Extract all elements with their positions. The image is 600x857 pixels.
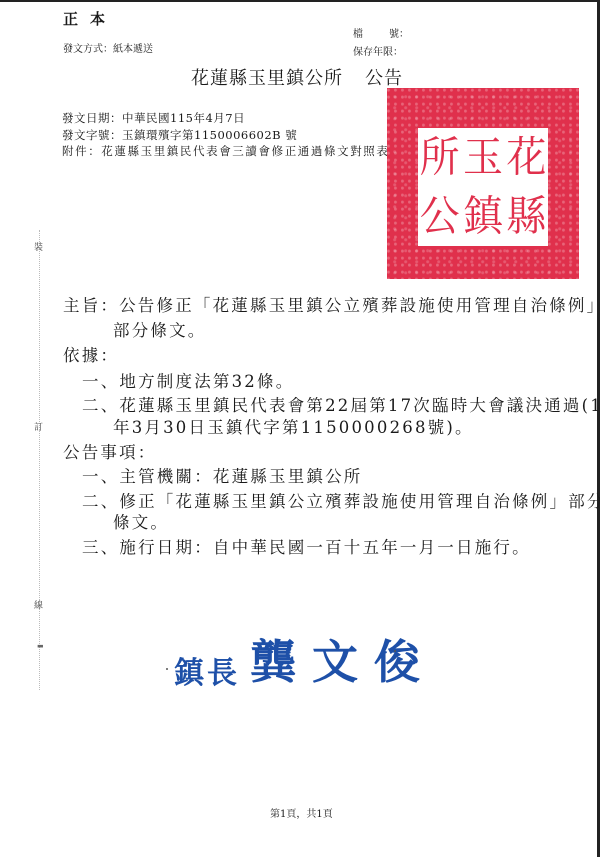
signature-name: 龔文俊 — [250, 635, 436, 689]
scan-speck — [166, 668, 168, 670]
archive-number-label: 檔號： — [353, 25, 409, 40]
reference-number: 發文字號：玉鎮環殯字第1150006602B 號 — [62, 127, 297, 143]
seal-char: 縣 — [506, 196, 546, 238]
binding-mark-top: 裝 — [34, 240, 43, 253]
seal-char: 玉 — [463, 137, 503, 179]
announcement-item-3: 三、施行日期：自中華民國一百十五年一月一日施行。 — [82, 540, 531, 557]
basis-item-2-line-1: 二、花蓮縣玉里鎮民代表會第22屆第17次臨時大會議決通過(115 — [82, 398, 600, 415]
binding-mark-middle: 訂 — [34, 420, 43, 433]
page-number: 第1頁，共1頁 — [270, 805, 333, 820]
subject-line-2: 部分條文。 — [113, 323, 207, 340]
basis-item-2-line-2: 年3月30日玉鎮代字第1150000268號)。 — [113, 420, 474, 437]
announcement-item-1: 一、主管機關：花蓮縣玉里鎮公所 — [82, 469, 363, 486]
seal-char: 鎮 — [463, 196, 503, 238]
basis-item-1: 一、地方制度法第32條。 — [82, 374, 294, 391]
mayor-signature: 鎮長龔文俊 — [174, 626, 436, 692]
archive-label-a: 檔 — [353, 29, 363, 40]
basis-heading: 依據： — [63, 348, 119, 365]
document-type: 公告 — [365, 68, 403, 89]
binding-mark-bottom: 線 — [34, 598, 43, 611]
scan-speck — [394, 650, 396, 652]
binding-tick-icon: ▬ — [37, 642, 44, 650]
signature-title: 鎮長 — [174, 656, 240, 691]
attachment-line: 附件：花蓮縣玉里鎮民代表會三讀會修正通過條文對照表 — [62, 143, 390, 159]
seal-char: 所 — [420, 137, 460, 179]
announcement-item-2-line-1: 二、修正「花蓮縣玉里鎮公立殯葬設施使用管理自治條例」部分 — [82, 494, 600, 511]
issue-date: 發文日期：中華民國115年4月7日 — [62, 110, 245, 126]
issuing-organization: 花蓮縣玉里鎮公所 — [191, 68, 343, 89]
seal-char: 花 — [506, 137, 546, 179]
binding-guide-line — [39, 230, 40, 690]
scan-border-top — [0, 0, 600, 2]
send-method: 發文方式：紙本遞送 — [63, 40, 153, 55]
document-title: 花蓮縣玉里鎮公所公告 — [191, 64, 403, 90]
archive-label-b: 號： — [389, 29, 409, 40]
seal-char: 公 — [420, 196, 460, 238]
announcement-items-heading: 公告事項： — [63, 445, 157, 462]
seal-inner-square: 所 玉 花 公 鎮 縣 — [418, 128, 548, 246]
announcement-item-2-line-2: 條文。 — [113, 515, 169, 532]
subject-line-1: 主旨：公告修正「花蓮縣玉里鎮公立殯葬設施使用管理自治條例」 — [63, 298, 600, 315]
retention-period-label: 保存年限： — [353, 43, 403, 58]
official-seal-stamp: 所 玉 花 公 鎮 縣 — [387, 88, 579, 279]
copy-label: 正本 — [63, 8, 117, 29]
